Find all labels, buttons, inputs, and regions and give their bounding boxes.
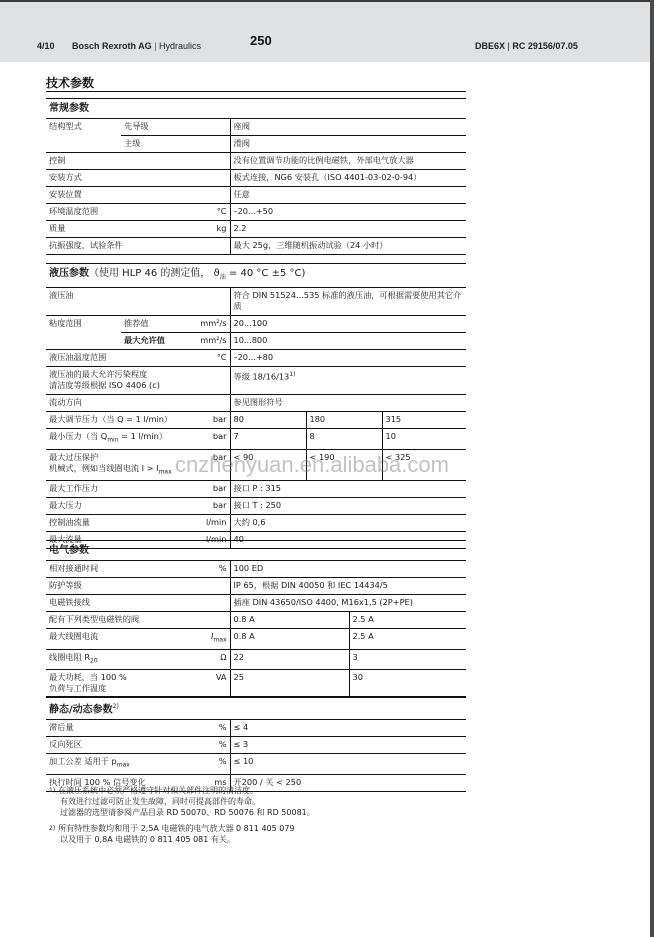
footnote-line: 以及用于 0,8A 电磁铁的 0 811 405 081 有关。 <box>49 834 295 845</box>
footnote-1: 1)在液压系统中必须严格遵守针对相关部件注明的清洁度。 有效进行过滤可防止发生故… <box>49 785 315 818</box>
footnote-text: 所有特性参数均和用于 2,5A 电磁铁的电气放大器 0 811 405 079 <box>58 824 294 833</box>
row-value: 180 <box>306 412 382 429</box>
footnote-line: 2)所有特性参数均和用于 2,5A 电磁铁的电气放大器 0 811 405 07… <box>49 823 295 834</box>
table-row: 加工公差 适用于 pmax % ≤ 10 <box>46 754 466 775</box>
heading-text: 静态/动态参数 <box>49 704 113 715</box>
company-name: Bosch Rexroth AG | Hydraulics <box>72 41 201 51</box>
unit-sub: max <box>213 637 226 644</box>
table-row: 控制油流量 l/min 大约 0,6 <box>46 515 466 532</box>
label-end: = 1 l/min） <box>119 431 168 441</box>
row-label: 最大线圈电流 <box>46 629 206 650</box>
hydraulic-table: 液压参数（使用 HLP 46 的测定值， ϑ油 = 40 °C ±5 °C) 液… <box>46 264 466 549</box>
row-value: < 325 <box>382 449 466 481</box>
row-value: 插座 DIN 43650/ISO 4400, M16x1,5 (2P+PE) <box>230 595 466 612</box>
row-value: 板式连接，NG6 安装孔（ISO 4401-03-02-0-94） <box>230 170 466 187</box>
row-label-line2: 清洁度等级根据 ISO 4406 (c) <box>49 380 227 391</box>
page-indicator: 4/10 <box>37 41 55 51</box>
row-value: 符合 DIN 51524...535 标准的液压油，可根据需要使用其它介质 <box>230 288 466 316</box>
row-value: –20...+80 <box>230 350 466 367</box>
row-value: 8 <box>306 429 382 450</box>
document-reference: DBE6X | RC 29156/07.05 <box>475 41 578 51</box>
doc-type: DBE6X <box>475 41 505 51</box>
table-row: 安装方式 板式连接，NG6 安装孔（ISO 4401-03-02-0-94） <box>46 170 466 187</box>
footnote-2: 2)所有特性参数均和用于 2,5A 电磁铁的电气放大器 0 811 405 07… <box>49 823 295 845</box>
footnote-line: 过滤器的选型请参阅产品目录 RD 50070、RD 50076 和 RD 500… <box>49 807 315 818</box>
table-row: 粘度范围 推荐值 mm²/s 20...100 <box>46 316 466 333</box>
row-value: 80 <box>230 412 306 429</box>
hydraulic-heading-bold: 液压参数 <box>49 268 89 279</box>
row-unit <box>206 153 230 170</box>
row-label: 安装位置 <box>46 187 206 204</box>
hydraulic-heading: 液压参数（使用 HLP 46 的测定值， ϑ油 = 40 °C ±5 °C) <box>46 264 466 288</box>
electrical-table: 电气参数 相对接通时间 % 100 ED 防护等级 IP 65，根据 DIN 4… <box>46 541 466 698</box>
row-sublabel: 推荐值 <box>121 316 182 333</box>
table-row: 最大压力 bar 接口 T : 250 <box>46 498 466 515</box>
row-label: 最大调节压力（当 Q = 1 l/min） <box>46 412 182 429</box>
row-unit: bar <box>182 412 230 429</box>
row-value: 0.8 A <box>230 629 349 650</box>
footnote-ref: 1) <box>289 371 295 378</box>
table-row: 主级 滑阀 <box>46 136 466 153</box>
row-unit: Imax <box>206 629 230 650</box>
row-value: 100 ED <box>230 561 466 578</box>
table-row: 最大过压保护机械式，例如当线圈电流 I > Imax bar < 90 < 19… <box>46 449 466 481</box>
row-unit: bar <box>182 481 230 498</box>
row-label: 控制 <box>46 153 206 170</box>
title-rule <box>46 91 466 92</box>
row-value: 座阀 <box>230 119 466 136</box>
row-unit: mm²/s <box>182 333 230 350</box>
table-row: 最大功耗，当 100 %负荷与工作温度 VA 25 30 <box>46 670 466 698</box>
row-label: 相对接通时间 <box>46 561 206 578</box>
hydraulic-heading-temp: = 40 °C ±5 °C) <box>226 268 306 279</box>
row-label: 防护等级 <box>46 578 206 595</box>
row-label: 液压油 <box>46 288 230 316</box>
row-value: 接口 P : 315 <box>230 481 466 498</box>
label-line1: 最大过压保护 <box>49 452 179 463</box>
row-value: 3 <box>349 649 466 670</box>
row-sublabel: 主级 <box>121 136 206 153</box>
row-unit <box>206 187 230 204</box>
row-label: 粘度范围 <box>46 316 121 333</box>
row-unit: °C <box>206 204 230 221</box>
table-row: 滞后量 % ≤ 4 <box>46 720 466 737</box>
row-value: 25 <box>230 670 349 698</box>
row-value: IP 65，根据 DIN 40050 和 IEC 14434/5 <box>230 578 466 595</box>
page-header: 4/10 Bosch Rexroth AG | Hydraulics 250 D… <box>0 2 650 62</box>
footnote-ref: 2) <box>113 703 119 710</box>
footnote-line: 有效进行过滤可防止发生故障，同时可提高部件的寿命。 <box>49 796 315 807</box>
row-value: 315 <box>382 412 466 429</box>
row-value: 等级 18/16/131) <box>230 367 466 395</box>
footnote-mark: 2) <box>49 825 55 832</box>
section-hydraulic: 液压参数（使用 HLP 46 的测定值， ϑ油 = 40 °C ±5 °C) 液… <box>46 263 466 549</box>
row-value: < 190 <box>306 449 382 481</box>
row-unit: bar <box>182 449 230 481</box>
row-value: 接口 T : 250 <box>230 498 466 515</box>
row-label: 液压油的最大允许污染程度清洁度等级根据 ISO 4406 (c) <box>46 367 230 395</box>
row-label: 最大工作压力 <box>46 481 182 498</box>
company-bold: Bosch Rexroth AG <box>72 41 152 51</box>
row-label: 安装方式 <box>46 170 206 187</box>
table-row: 环境温度范围 °C –20...+50 <box>46 204 466 221</box>
section-static-dynamic: 静态/动态参数2) 滞后量 % ≤ 4 反向死区 % ≤ 3 加工公差 适用于 … <box>46 696 466 792</box>
row-unit <box>206 595 230 612</box>
table-row: 配有下列类型电磁铁的阀 0.8 A 2.5 A <box>46 612 466 629</box>
row-unit <box>206 238 230 255</box>
row-value: 参见图形符号 <box>230 395 466 412</box>
doc-ref: RC 29156/07.05 <box>512 41 578 51</box>
row-unit <box>206 170 230 187</box>
row-label: 反向死区 <box>46 737 206 754</box>
row-value: 滑阀 <box>230 136 466 153</box>
row-label: 电磁铁接线 <box>46 595 206 612</box>
row-label: 控制油流量 <box>46 515 182 532</box>
row-unit <box>206 578 230 595</box>
general-table: 常规参数 结构型式 先导级 座阀 主级 滑阀 控制 没有位置调节功能的比例电磁铁… <box>46 99 466 255</box>
row-label: 流动方向 <box>46 395 230 412</box>
row-label: 质量 <box>46 221 206 238</box>
row-sublabel: 先导级 <box>121 119 206 136</box>
label-text: 加工公差 适用于 p <box>49 756 117 766</box>
hydraulic-heading-conditions: （使用 HLP 46 的测定值， ϑ <box>89 268 220 279</box>
row-value: 30 <box>349 670 466 698</box>
table-row: 最大调节压力（当 Q = 1 l/min） bar 80 180 315 <box>46 412 466 429</box>
row-unit: % <box>206 561 230 578</box>
table-row: 反向死区 % ≤ 3 <box>46 737 466 754</box>
label-text: 最小压力（当 Q <box>49 431 107 441</box>
row-unit: % <box>206 754 230 775</box>
window-right-border <box>650 0 654 937</box>
label-text: 机械式，例如当线圈电流 I > I <box>49 463 159 473</box>
section-electrical: 电气参数 相对接通时间 % 100 ED 防护等级 IP 65，根据 DIN 4… <box>46 540 466 698</box>
row-label: 配有下列类型电磁铁的阀 <box>46 612 206 629</box>
row-label: 最小压力（当 Qmin = 1 l/min） <box>46 429 182 450</box>
table-row: 液压油 符合 DIN 51524...535 标准的液压油，可根据需要使用其它介… <box>46 288 466 316</box>
label-sub: 20 <box>90 657 98 664</box>
footnote-text: 在液压系统中必须严格遵守针对相关部件注明的清洁度。 <box>58 786 258 795</box>
table-row: 最大线圈电流 Imax 0.8 A 2.5 A <box>46 629 466 650</box>
row-value: 最大 25g，三维随机振动试验（24 小时） <box>230 238 466 255</box>
row-value: ≤ 10 <box>230 754 466 775</box>
row-unit: bar <box>182 429 230 450</box>
row-label <box>46 333 121 350</box>
company-separator: | <box>152 41 159 51</box>
table-row: 液压油的最大允许污染程度清洁度等级根据 ISO 4406 (c) 等级 18/1… <box>46 367 466 395</box>
table-row: 最大允许值 mm²/s 10...800 <box>46 333 466 350</box>
table-row: 线圈电阻 R20 Ω 22 3 <box>46 649 466 670</box>
row-value: 22 <box>230 649 349 670</box>
row-unit: °C <box>182 350 230 367</box>
table-row: 流动方向 参见图形符号 <box>46 395 466 412</box>
row-label: 最大功耗，当 100 %负荷与工作温度 <box>46 670 206 698</box>
table-row: 最小压力（当 Qmin = 1 l/min） bar 7 8 10 <box>46 429 466 450</box>
row-sublabel: 最大允许值 <box>121 333 182 350</box>
row-value: ≤ 3 <box>230 737 466 754</box>
row-unit: bar <box>182 498 230 515</box>
row-unit <box>206 136 230 153</box>
row-value: 大约 0,6 <box>230 515 466 532</box>
row-value: 2.2 <box>230 221 466 238</box>
row-value: 7 <box>230 429 306 450</box>
row-value: 任意 <box>230 187 466 204</box>
row-unit: VA <box>206 670 230 698</box>
label-sub: max <box>117 762 130 769</box>
table-row: 质量 kg 2.2 <box>46 221 466 238</box>
label-line2: 机械式，例如当线圈电流 I > Imax <box>49 463 179 478</box>
row-label: 最大压力 <box>46 498 182 515</box>
row-value: ≤ 4 <box>230 720 466 737</box>
electrical-heading: 电气参数 <box>46 541 466 561</box>
row-label: 加工公差 适用于 pmax <box>46 754 206 775</box>
table-row: 相对接通时间 % 100 ED <box>46 561 466 578</box>
row-value: 10...800 <box>230 333 466 350</box>
row-value: 0.8 A <box>230 612 349 629</box>
table-row: 电磁铁接线 插座 DIN 43650/ISO 4400, M16x1,5 (2P… <box>46 595 466 612</box>
static-dynamic-table: 静态/动态参数2) 滞后量 % ≤ 4 反向死区 % ≤ 3 加工公差 适用于 … <box>46 697 466 792</box>
table-row: 液压油温度范围 °C –20...+80 <box>46 350 466 367</box>
label-sub: min <box>107 437 118 444</box>
table-row: 结构型式 先导级 座阀 <box>46 119 466 136</box>
row-value: 2.5 A <box>349 612 466 629</box>
row-label-line1: 液压油的最大允许污染程度 <box>49 369 227 380</box>
row-value: 10 <box>382 429 466 450</box>
row-label: 液压油温度范围 <box>46 350 182 367</box>
page-number-overlay: 250 <box>250 33 272 48</box>
row-unit <box>206 612 230 629</box>
row-value: < 90 <box>230 449 306 481</box>
general-heading: 常规参数 <box>46 99 466 119</box>
row-unit: Ω <box>206 649 230 670</box>
company-division: Hydraulics <box>159 41 201 51</box>
row-label: 环境温度范围 <box>46 204 206 221</box>
label-text: 线圈电阻 R <box>49 652 90 662</box>
row-unit: mm²/s <box>182 316 230 333</box>
row-label <box>46 136 121 153</box>
footnote-line: 1)在液压系统中必须严格遵守针对相关部件注明的清洁度。 <box>49 785 315 796</box>
static-dynamic-heading: 静态/动态参数2) <box>46 697 466 720</box>
table-row: 抗振强度，试验条件 最大 25g，三维随机振动试验（24 小时） <box>46 238 466 255</box>
row-value: 没有位置调节功能的比例电磁铁，外部电气放大器 <box>230 153 466 170</box>
label-line2: 负荷与工作温度 <box>49 683 203 694</box>
label-sub: max <box>159 468 172 475</box>
row-label: 滞后量 <box>46 720 206 737</box>
label-line1: 最大功耗，当 100 % <box>49 672 203 683</box>
table-row: 安装位置 任意 <box>46 187 466 204</box>
row-unit: % <box>206 737 230 754</box>
row-value: 20...100 <box>230 316 466 333</box>
row-value: –20...+50 <box>230 204 466 221</box>
table-row: 防护等级 IP 65，根据 DIN 40050 和 IEC 14434/5 <box>46 578 466 595</box>
row-label: 最大过压保护机械式，例如当线圈电流 I > Imax <box>46 449 182 481</box>
table-row: 最大工作压力 bar 接口 P : 315 <box>46 481 466 498</box>
row-unit <box>206 119 230 136</box>
row-label: 抗振强度，试验条件 <box>46 238 206 255</box>
section-general: 常规参数 结构型式 先导级 座阀 主级 滑阀 控制 没有位置调节功能的比例电磁铁… <box>46 99 466 255</box>
footnote-mark: 1) <box>49 787 55 794</box>
row-unit: kg <box>206 221 230 238</box>
row-label: 结构型式 <box>46 119 121 136</box>
page-title: 技术参数 <box>46 74 94 91</box>
row-value: 2.5 A <box>349 629 466 650</box>
contamination-class: 等级 18/16/13 <box>234 372 290 382</box>
row-label: 线圈电阻 R20 <box>46 649 206 670</box>
row-unit: % <box>206 720 230 737</box>
table-row: 控制 没有位置调节功能的比例电磁铁，外部电气放大器 <box>46 153 466 170</box>
row-unit: l/min <box>182 515 230 532</box>
